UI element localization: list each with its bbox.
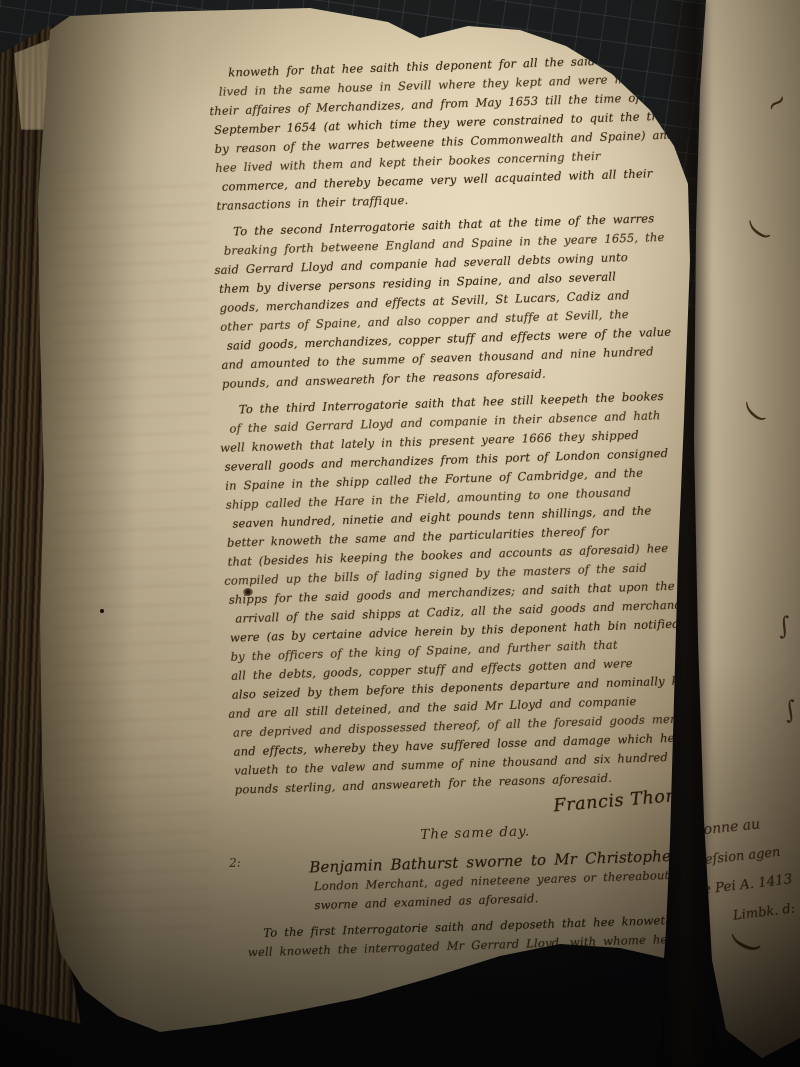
- manuscript-photo: ~ ( ( ∫ ∫ ( rdonne au feſsion agen de Pe…: [0, 0, 800, 1067]
- deponent-heading-paragraph: Benjamin Bathurst sworne to Mr Christoph…: [237, 846, 717, 918]
- manuscript-text: knoweth for that hee saith this deponent…: [212, 49, 718, 970]
- paper-speck: [100, 609, 104, 613]
- ink-showthrough: [52, 170, 210, 940]
- margin-number: 2:: [229, 855, 241, 869]
- deposition-paragraph-3: To the third Interrogatorie saith that h…: [223, 386, 713, 800]
- deposition-paragraph-2: To the second Interrogatorie saith that …: [217, 208, 700, 394]
